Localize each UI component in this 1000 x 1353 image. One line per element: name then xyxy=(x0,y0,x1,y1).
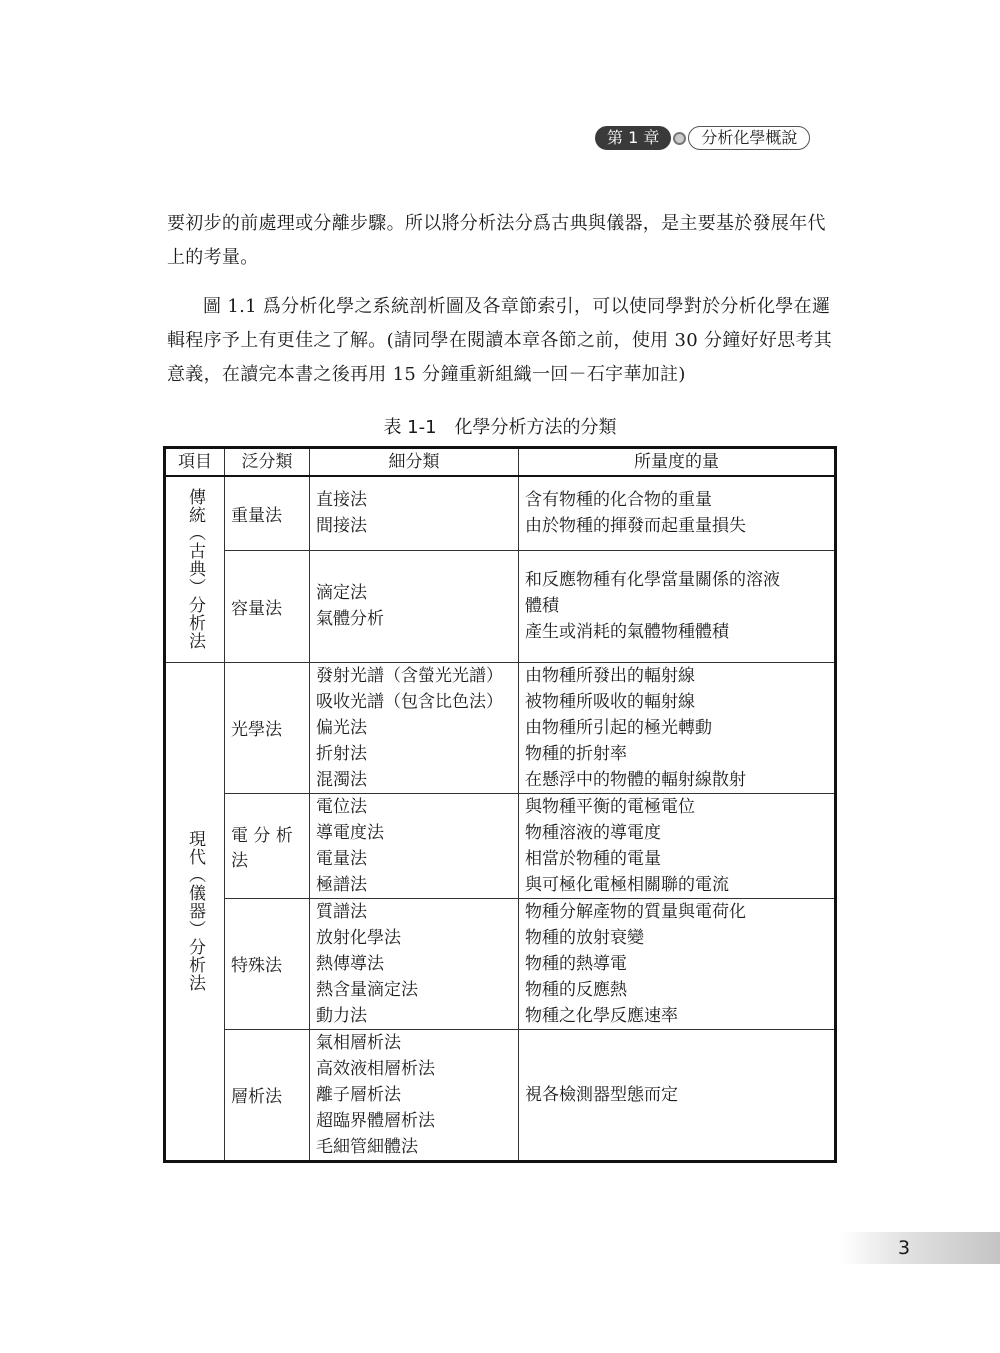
measure-cell: 視各檢測器型態而定 xyxy=(519,1029,836,1161)
measure-item: 被物種所吸收的輻射線 xyxy=(525,689,828,715)
measure-item: 相當於物種的電量 xyxy=(525,846,828,872)
sub-item: 超臨界體層析法 xyxy=(316,1108,512,1134)
measure-cell: 和反應物種有化學當量關係的溶液 體積 產生或消耗的氣體物種體積 xyxy=(519,550,836,662)
group-label-text: 傳統（古典）分析法 xyxy=(184,488,206,650)
group-label-text: 現代（儀器）分析法 xyxy=(184,830,206,992)
table-caption: 表 1-1 化學分析方法的分類 xyxy=(0,413,1000,439)
measure-item: 和反應物種有化學當量關係的溶液 xyxy=(525,567,828,593)
sub-item: 高效液相層析法 xyxy=(316,1056,512,1082)
table-row: 容量法 滴定法 氣體分析 和反應物種有化學當量關係的溶液 體積 產生或消耗的氣體… xyxy=(165,550,836,662)
measure-item: 與可極化電極相關聯的電流 xyxy=(525,872,828,898)
sub-item: 導電度法 xyxy=(316,820,512,846)
table-row: 特殊法 質譜法 放射化學法 熱傳導法 熱含量滴定法 動力法 物種分解產物的質量與… xyxy=(165,898,836,1029)
sub-item: 質譜法 xyxy=(316,899,512,925)
measure-item: 物種的反應熱 xyxy=(525,977,828,1003)
classification-table: 項目 泛分類 細分類 所量度的量 傳統（古典）分析法 重量法 直接法 間接法 含… xyxy=(163,446,837,1163)
sub-item: 氣體分析 xyxy=(316,606,512,632)
measure-item: 物種的折射率 xyxy=(525,741,828,767)
measure-cell: 物種分解產物的質量與電荷化 物種的放射衰變 物種的熱導電 物種的反應熱 物種之化… xyxy=(519,898,836,1029)
page-number: 3 xyxy=(840,1232,1000,1264)
measure-item: 與物種平衡的電極電位 xyxy=(525,794,828,820)
sub-cell: 質譜法 放射化學法 熱傳導法 熱含量滴定法 動力法 xyxy=(310,898,519,1029)
measure-item: 產生或消耗的氣體物種體積 xyxy=(525,619,828,645)
broad-cell: 重量法 xyxy=(225,476,310,550)
measure-item: 由於物種的揮發而起重量損失 xyxy=(525,513,828,539)
broad-cell: 特殊法 xyxy=(225,898,310,1029)
measure-item: 視各檢測器型態而定 xyxy=(525,1082,828,1108)
sub-item: 混濁法 xyxy=(316,767,512,793)
broad-cell: 電 分 析 法 xyxy=(225,793,310,898)
measure-item: 由物種所引起的極光轉動 xyxy=(525,715,828,741)
sub-item: 熱含量滴定法 xyxy=(316,977,512,1003)
sub-item: 電量法 xyxy=(316,846,512,872)
measure-item: 物種的熱導電 xyxy=(525,951,828,977)
sub-item: 直接法 xyxy=(316,487,512,513)
sub-cell: 電位法 導電度法 電量法 極譜法 xyxy=(310,793,519,898)
measure-item: 由物種所發出的輻射線 xyxy=(525,663,828,689)
measure-item: 物種溶液的導電度 xyxy=(525,820,828,846)
measure-item: 物種分解產物的質量與電荷化 xyxy=(525,899,828,925)
sub-item: 滴定法 xyxy=(316,580,512,606)
sub-cell: 發射光譜（含螢光光譜） 吸收光譜（包含比色法） 偏光法 折射法 混濁法 xyxy=(310,662,519,793)
sub-item: 偏光法 xyxy=(316,715,512,741)
header-sub: 細分類 xyxy=(310,448,519,477)
measure-item: 在懸浮中的物體的輻射線散射 xyxy=(525,767,828,793)
table-row: 傳統（古典）分析法 重量法 直接法 間接法 含有物種的化合物的重量 由於物種的揮… xyxy=(165,476,836,550)
measure-item: 物種之化學反應速率 xyxy=(525,1003,828,1029)
sub-item: 離子層析法 xyxy=(316,1082,512,1108)
measure-cell: 與物種平衡的電極電位 物種溶液的導電度 相當於物種的電量 與可極化電極相關聯的電… xyxy=(519,793,836,898)
measure-cell: 含有物種的化合物的重量 由於物種的揮發而起重量損失 xyxy=(519,476,836,550)
broad-cell: 層析法 xyxy=(225,1029,310,1161)
paragraph-1: 要初步的前處理或分離步驟。所以將分析法分爲古典與儀器，是主要基於發展年代上的考量… xyxy=(167,207,837,275)
group-label-classical: 傳統（古典）分析法 xyxy=(165,476,225,662)
sub-cell: 直接法 間接法 xyxy=(310,476,519,550)
measure-item: 含有物種的化合物的重量 xyxy=(525,487,828,513)
measure-item: 體積 xyxy=(525,593,828,619)
header-item: 項目 xyxy=(165,448,225,477)
sub-cell: 滴定法 氣體分析 xyxy=(310,550,519,662)
measure-item: 物種的放射衰變 xyxy=(525,925,828,951)
chapter-title: 分析化學概說 xyxy=(688,126,810,150)
sub-item: 氣相層析法 xyxy=(316,1030,512,1056)
measure-cell: 由物種所發出的輻射線 被物種所吸收的輻射線 由物種所引起的極光轉動 物種的折射率… xyxy=(519,662,836,793)
sub-item: 動力法 xyxy=(316,1003,512,1029)
chapter-header: 第 1 章 分析化學概說 xyxy=(595,126,810,150)
sub-item: 熱傳導法 xyxy=(316,951,512,977)
sub-item: 電位法 xyxy=(316,794,512,820)
sub-cell: 氣相層析法 高效液相層析法 離子層析法 超臨界體層析法 毛細管細體法 xyxy=(310,1029,519,1161)
sub-item: 發射光譜（含螢光光譜） xyxy=(316,663,512,689)
group-label-modern: 現代（儀器）分析法 xyxy=(165,662,225,1161)
table-row: 層析法 氣相層析法 高效液相層析法 離子層析法 超臨界體層析法 毛細管細體法 視… xyxy=(165,1029,836,1161)
sub-item: 間接法 xyxy=(316,513,512,539)
table-row: 現代（儀器）分析法 光學法 發射光譜（含螢光光譜） 吸收光譜（包含比色法） 偏光… xyxy=(165,662,836,793)
sub-item: 折射法 xyxy=(316,741,512,767)
sub-item: 吸收光譜（包含比色法） xyxy=(316,689,512,715)
broad-cell: 容量法 xyxy=(225,550,310,662)
header-measure: 所量度的量 xyxy=(519,448,836,477)
connector-dot-icon xyxy=(673,132,686,145)
paragraph-2: 圖 1.1 爲分析化學之系統剖析圖及各章節索引，可以使同學對於分析化學在邏輯程序… xyxy=(167,290,837,392)
table-header-row: 項目 泛分類 細分類 所量度的量 xyxy=(165,448,836,477)
sub-item: 毛細管細體法 xyxy=(316,1134,512,1160)
sub-item: 極譜法 xyxy=(316,872,512,898)
sub-item: 放射化學法 xyxy=(316,925,512,951)
table-row: 電 分 析 法 電位法 導電度法 電量法 極譜法 與物種平衡的電極電位 物種溶液… xyxy=(165,793,836,898)
broad-cell: 光學法 xyxy=(225,662,310,793)
header-broad: 泛分類 xyxy=(225,448,310,477)
chapter-label: 第 1 章 xyxy=(595,126,671,150)
